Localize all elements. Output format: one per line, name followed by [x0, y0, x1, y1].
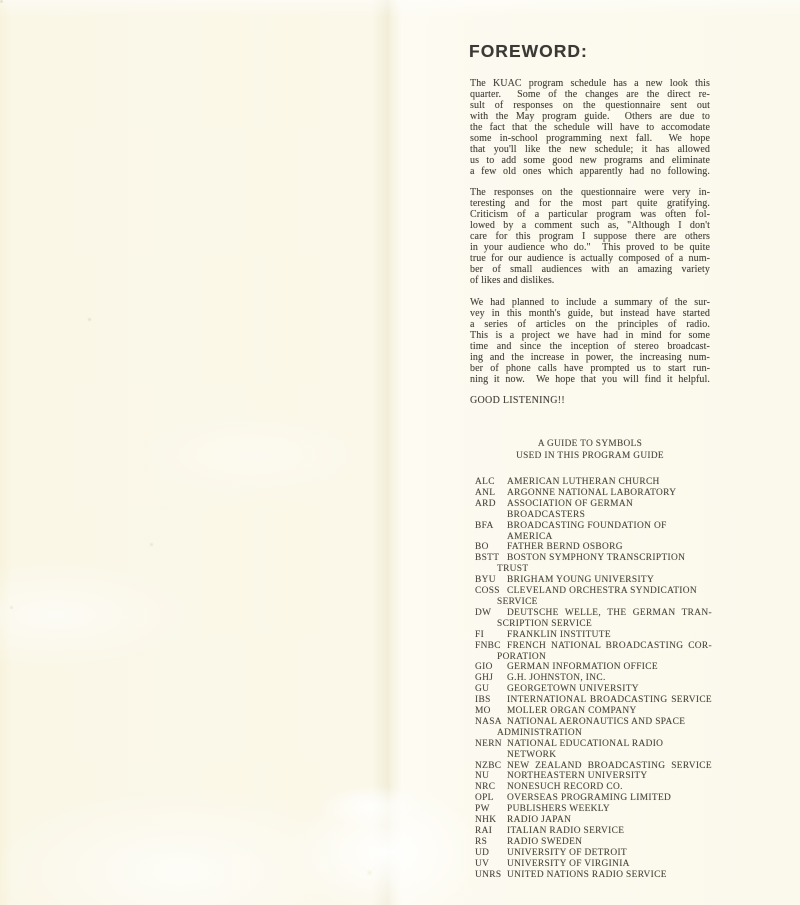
symbol-description: CLEVELAND ORCHESTRA SYNDICATION	[507, 586, 712, 597]
symbol-code: DW	[475, 608, 507, 619]
symbol-description: RADIO SWEDEN	[507, 837, 712, 848]
text-line: true for our audience is actually compos…	[470, 253, 710, 264]
symbol-code: FI	[475, 630, 507, 641]
symbol-code: NHK	[475, 815, 507, 826]
symbol-description: ARGONNE NATIONAL LABORATORY	[507, 488, 712, 499]
symbols-list: ALCAMERICAN LUTHERAN CHURCHANLARGONNE NA…	[475, 477, 712, 881]
symbol-row: NERNNATIONAL EDUCATIONAL RADIO NETWORK	[475, 739, 712, 761]
symbol-code	[475, 564, 497, 575]
text-line: This is a project we have had in mind fo…	[470, 330, 710, 341]
symbol-code: GU	[475, 684, 507, 695]
text-line: The responses on the questionnaire were …	[470, 187, 710, 198]
symbol-code: ANL	[475, 488, 507, 499]
symbol-description: BOSTON SYMPHONY TRANSCRIPTION	[507, 553, 712, 564]
symbol-description: AMERICAN LUTHERAN CHURCH	[507, 477, 712, 488]
symbol-description: GEORGETOWN UNIVERSITY	[507, 684, 712, 695]
symbol-code: BYU	[475, 575, 507, 586]
symbol-code: GHJ	[475, 673, 507, 684]
symbol-code: UV	[475, 859, 507, 870]
symbol-row: NZBCNEW ZEALAND BROADCASTING SERVICE	[475, 761, 712, 772]
paragraph: We had planned to include a summary of t…	[470, 297, 710, 385]
symbol-description: GERMAN INFORMATION OFFICE	[507, 662, 712, 673]
text-line: us to add some good new programs and eli…	[470, 155, 710, 166]
symbol-row: UDUNIVERSITY OF DETROIT	[475, 848, 712, 859]
symbol-row: UVUNIVERSITY OF VIRGINIA	[475, 859, 712, 870]
symbol-row: UNRSUNITED NATIONS RADIO SERVICE	[475, 870, 712, 881]
symbol-row: RAIITALIAN RADIO SERVICE	[475, 826, 712, 837]
foreword-paragraphs: The KUAC program schedule has a new look…	[470, 78, 710, 406]
symbol-description: BROADCASTING FOUNDATION OF AMERICA	[507, 521, 712, 543]
symbol-description: NORTHEASTERN UNIVERSITY	[507, 771, 712, 782]
paragraph: The KUAC program schedule has a new look…	[470, 78, 710, 177]
symbol-row: OPLOVERSEAS PROGRAMING LIMITED	[475, 793, 712, 804]
symbol-code: OPL	[475, 793, 507, 804]
closing-text: GOOD LISTENING!!	[470, 395, 710, 406]
symbol-code: PW	[475, 804, 507, 815]
symbol-description: UNIVERSITY OF VIRGINIA	[507, 859, 712, 870]
symbol-description: INTERNATIONAL BROADCASTING SERVICE	[507, 695, 712, 706]
text-line: care for this program I suppose there ar…	[470, 231, 710, 242]
symbol-description: G.H. JOHNSTON, INC.	[507, 673, 712, 684]
symbol-row: RSRADIO SWEDEN	[475, 837, 712, 848]
text-line: ber of phone calls have prompted us to s…	[470, 363, 710, 374]
symbol-code: ALC	[475, 477, 507, 488]
symbol-description: MOLLER ORGAN COMPANY	[507, 706, 712, 717]
symbol-code	[475, 597, 497, 608]
symbol-row: PWPUBLISHERS WEEKLY	[475, 804, 712, 815]
symbol-code: COSS	[475, 586, 507, 597]
symbol-description: DEUTSCHE WELLE, THE GERMAN TRAN-	[507, 608, 712, 619]
symbol-row: ANLARGONNE NATIONAL LABORATORY	[475, 488, 712, 499]
symbol-row: DWDEUTSCHE WELLE, THE GERMAN TRAN-	[475, 608, 712, 619]
symbol-row: COSSCLEVELAND ORCHESTRA SYNDICATION	[475, 586, 712, 597]
symbol-row: SERVICE	[475, 597, 712, 608]
symbol-description: ADMINISTRATION	[497, 728, 712, 739]
symbol-description: UNIVERSITY OF DETROIT	[507, 848, 712, 859]
text-line: Criticism of a particular program was of…	[470, 209, 710, 220]
symbol-row: NRCNONESUCH RECORD CO.	[475, 782, 712, 793]
text-line: teresting and for the most part quite gr…	[470, 198, 710, 209]
symbol-code: NERN	[475, 739, 507, 761]
symbol-code: ARD	[475, 499, 507, 521]
text-line: a few old ones which apparently had no f…	[470, 166, 710, 177]
symbol-row: NUNORTHEASTERN UNIVERSITY	[475, 771, 712, 782]
symbol-code	[475, 652, 497, 663]
symbol-code: MO	[475, 706, 507, 717]
symbol-code: UNRS	[475, 870, 507, 881]
symbol-code: IBS	[475, 695, 507, 706]
text-line: with the May program guide. Others are d…	[470, 111, 710, 122]
symbol-code: NZBC	[475, 761, 507, 772]
symbol-code: NU	[475, 771, 507, 782]
symbol-row: PORATION	[475, 652, 712, 663]
symbol-description: FRANKLIN INSTITUTE	[507, 630, 712, 641]
symbol-code: BO	[475, 542, 507, 553]
symbol-row: BSTTBOSTON SYMPHONY TRANSCRIPTION	[475, 553, 712, 564]
symbol-code: NASA	[475, 717, 507, 728]
symbol-description: BRIGHAM YOUNG UNIVERSITY	[507, 575, 712, 586]
text-line: ber of small audiences with an amazing v…	[470, 264, 710, 275]
symbol-description: SERVICE	[497, 597, 712, 608]
symbol-row: NASANATIONAL AERONAUTICS AND SPACE	[475, 717, 712, 728]
symbol-row: NHKRADIO JAPAN	[475, 815, 712, 826]
symbol-row: GHJG.H. JOHNSTON, INC.	[475, 673, 712, 684]
symbol-code: UD	[475, 848, 507, 859]
symbol-description: FATHER BERND OSBORG	[507, 542, 712, 553]
symbol-row: FIFRANKLIN INSTITUTE	[475, 630, 712, 641]
text-line: We had planned to include a summary of t…	[470, 297, 710, 308]
text-line: ing and the increase in power, the incre…	[470, 352, 710, 363]
text-line: the fact that the schedule will have to …	[470, 122, 710, 133]
symbol-description: RADIO JAPAN	[507, 815, 712, 826]
text-line: of likes and dislikes.	[470, 275, 710, 286]
text-line: some in-school programming next fall. We…	[470, 133, 710, 144]
symbol-code: RS	[475, 837, 507, 848]
text-line: ning it now. We hope that you will find …	[470, 374, 710, 385]
paragraph: The responses on the questionnaire were …	[470, 187, 710, 286]
symbol-description: NONESUCH RECORD CO.	[507, 782, 712, 793]
symbol-row: BYUBRIGHAM YOUNG UNIVERSITY	[475, 575, 712, 586]
symbol-code: RAI	[475, 826, 507, 837]
symbol-code	[475, 619, 497, 630]
text-line: time and since the inception of stereo b…	[470, 341, 710, 352]
text-line: vey in this month's guide, but instead h…	[470, 308, 710, 319]
symbol-description: SCRIPTION SERVICE	[497, 619, 712, 630]
text-line: a series of articles on the principles o…	[470, 319, 710, 330]
text-line: that you'll like the new schedule; it ha…	[470, 144, 710, 155]
symbol-code: NRC	[475, 782, 507, 793]
symbol-description: TRUST	[497, 564, 712, 575]
symbol-description: NATIONAL EDUCATIONAL RADIO NETWORK	[507, 739, 712, 761]
symbol-row: GIOGERMAN INFORMATION OFFICE	[475, 662, 712, 673]
symbol-row: TRUST	[475, 564, 712, 575]
symbol-row: BOFATHER BERND OSBORG	[475, 542, 712, 553]
text-line: lowed by a comment such as, "Although I …	[470, 220, 710, 231]
symbol-description: OVERSEAS PROGRAMING LIMITED	[507, 793, 712, 804]
symbol-description: NATIONAL AERONAUTICS AND SPACE	[507, 717, 712, 728]
symbol-code: BFA	[475, 521, 507, 543]
symbol-code: GIO	[475, 662, 507, 673]
symbol-code	[475, 728, 497, 739]
text-line: The KUAC program schedule has a new look…	[470, 78, 710, 89]
symbol-row: BFABROADCASTING FOUNDATION OF AMERICA	[475, 521, 712, 543]
text-line: in your audience who do." This proved to…	[470, 242, 710, 253]
symbol-code: FNBC	[475, 641, 507, 652]
symbol-description: NEW ZEALAND BROADCASTING SERVICE	[507, 761, 712, 772]
symbol-description: ASSOCIATION OF GERMAN BROADCASTERS	[507, 499, 712, 521]
symbol-description: PORATION	[497, 652, 712, 663]
symbols-guide-title-line2: USED IN THIS PROGRAM GUIDE	[470, 451, 710, 463]
text-line: sult of responses on the questionnaire s…	[470, 100, 710, 111]
symbols-guide-title: A GUIDE TO SYMBOLS USED IN THIS PROGRAM …	[470, 439, 710, 462]
symbol-description: UNITED NATIONS RADIO SERVICE	[507, 870, 712, 881]
symbol-row: MOMOLLER ORGAN COMPANY	[475, 706, 712, 717]
symbol-row: GUGEORGETOWN UNIVERSITY	[475, 684, 712, 695]
symbols-guide-title-line1: A GUIDE TO SYMBOLS	[470, 439, 710, 451]
symbol-row: ALCAMERICAN LUTHERAN CHURCH	[475, 477, 712, 488]
symbol-row: ARDASSOCIATION OF GERMAN BROADCASTERS	[475, 499, 712, 521]
symbol-description: PUBLISHERS WEEKLY	[507, 804, 712, 815]
symbol-code: BSTT	[475, 553, 507, 564]
symbol-description: ITALIAN RADIO SERVICE	[507, 826, 712, 837]
symbol-row: FNBCFRENCH NATIONAL BROADCASTING COR-	[475, 641, 712, 652]
symbol-row: ADMINISTRATION	[475, 728, 712, 739]
foreword-heading: FOREWORD:	[469, 41, 588, 62]
text-line: quarter. Some of the changes are the dir…	[470, 89, 710, 100]
symbol-row: SCRIPTION SERVICE	[475, 619, 712, 630]
symbol-description: FRENCH NATIONAL BROADCASTING COR-	[507, 641, 712, 652]
symbol-row: IBSINTERNATIONAL BROADCASTING SERVICE	[475, 695, 712, 706]
